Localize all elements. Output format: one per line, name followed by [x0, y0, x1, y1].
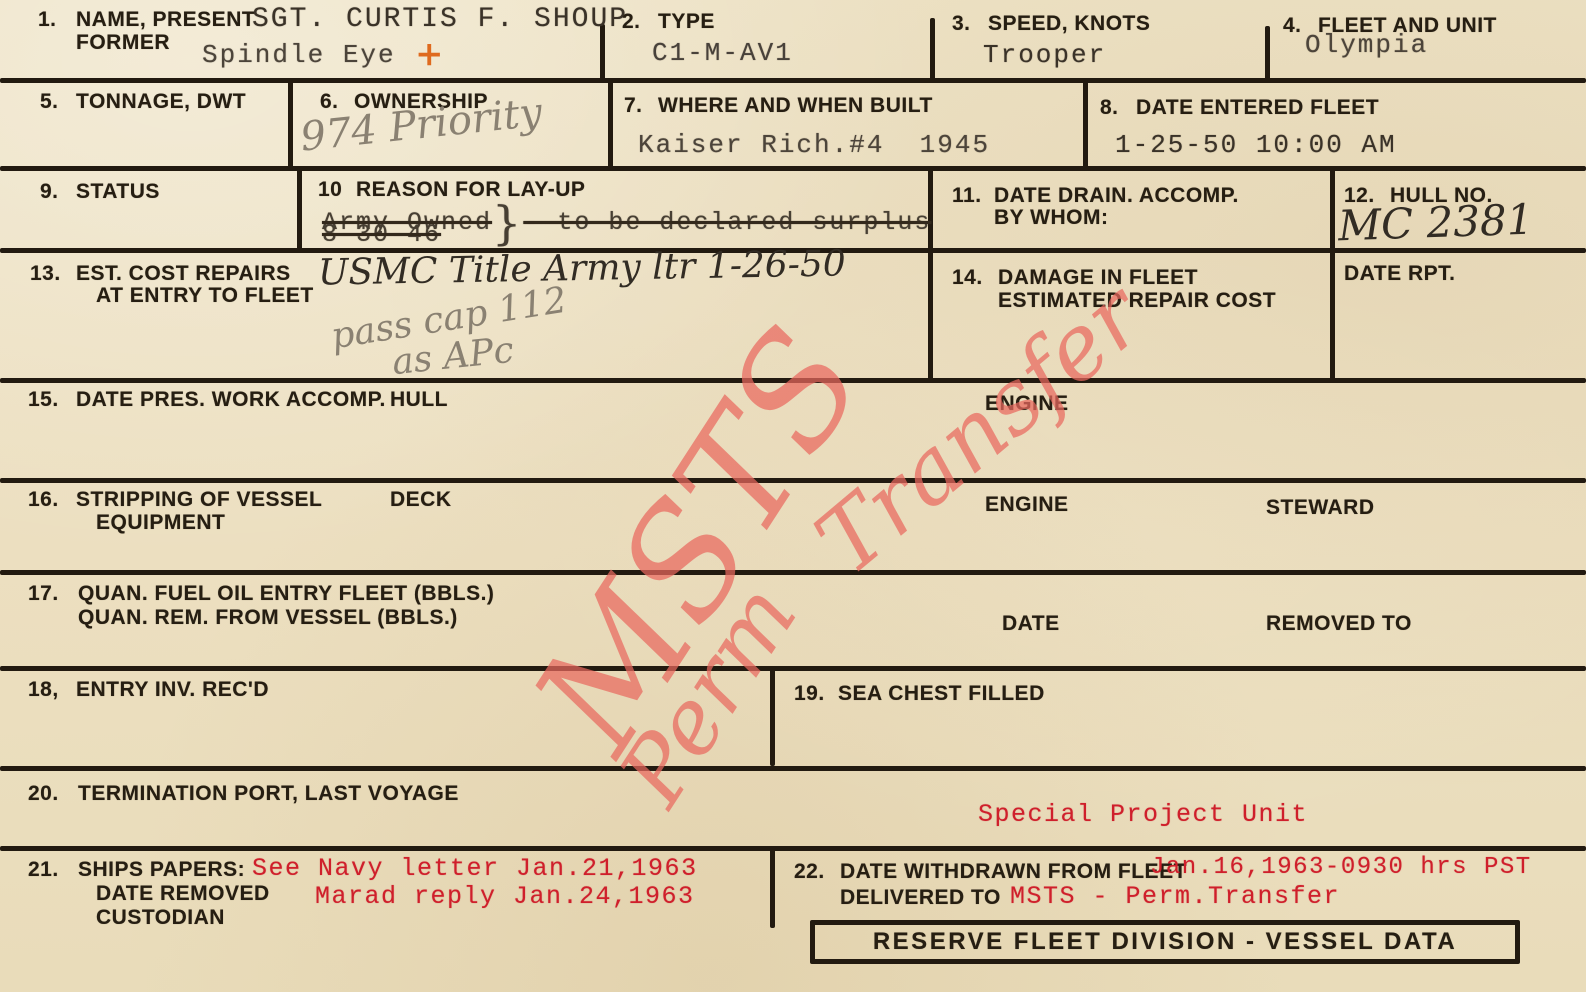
field-1-label: NAME, PRESENT	[76, 8, 255, 32]
field-1-value: SGT. CURTIS F. SHOUP	[252, 4, 628, 35]
field-10-struck-text-1b: - to be declared surplus	[523, 208, 931, 237]
field-7-label: WHERE AND WHEN BUILT	[658, 94, 933, 118]
field-17-col-removed-to: REMOVED TO	[1266, 612, 1412, 636]
rule-h6	[0, 570, 1586, 575]
rule-v3a	[297, 166, 302, 250]
rule-h9	[0, 846, 1586, 851]
field-15-col-hull: HULL	[390, 388, 448, 412]
field-21-label: SHIPS PAPERS:	[78, 858, 245, 882]
field-13-label: EST. COST REPAIRS	[76, 262, 291, 286]
field-18-number: 18,	[28, 678, 59, 702]
field-20-number: 20.	[28, 782, 59, 806]
field-5-label: TONNAGE, DWT	[76, 90, 246, 114]
field-12-hull-number-handwriting: MC 2381	[1337, 195, 1534, 251]
rule-h7	[0, 666, 1586, 671]
field-19-label: SEA CHEST FILLED	[838, 682, 1045, 706]
field-16-col-steward: STEWARD	[1266, 496, 1375, 520]
field-16-col-deck: DECK	[390, 488, 452, 512]
field-7-value: Kaiser Rich.#4 1945	[638, 130, 990, 160]
rule-h2	[0, 166, 1586, 171]
field-17-label-2: QUAN. REM. FROM VESSEL (BBLS.)	[78, 606, 458, 630]
field-9-label: STATUS	[76, 180, 160, 204]
field-4-value: Olympia	[1305, 30, 1428, 60]
field-22-number: 22.	[794, 860, 825, 884]
field-8-label: DATE ENTERED FLEET	[1136, 96, 1379, 120]
field-4-number: 4.	[1283, 14, 1302, 38]
rule-h1	[0, 78, 1586, 83]
reserve-fleet-division-stamp-text: RESERVE FLEET DIVISION - VESSEL DATA	[873, 928, 1457, 956]
field-15-label: DATE PRES. WORK ACCOMP.	[76, 388, 386, 412]
field-16-label: STRIPPING OF VESSEL	[76, 488, 322, 512]
field-13-number: 13.	[30, 262, 61, 286]
rule-v1b	[930, 18, 935, 80]
field-21-value-1: See Navy letter Jan.21,1963	[252, 854, 698, 883]
rule-v2a	[288, 78, 293, 168]
field-10-struck-text-2: 8-30-46	[322, 220, 441, 249]
field-8-value: 1-25-50 10:00 AM	[1115, 130, 1397, 160]
field-11-label-2: BY WHOM:	[994, 206, 1108, 230]
field-20-label: TERMINATION PORT, LAST VOYAGE	[78, 782, 459, 806]
field-14-number: 14.	[952, 266, 983, 290]
field-2-value: C1-M-AV1	[652, 38, 793, 68]
field-1-former-value: Spindle Eye	[202, 40, 396, 70]
field-22-value-2: MSTS - Perm.Transfer	[1010, 882, 1340, 911]
field-16-col-engine: ENGINE	[985, 493, 1069, 517]
rule-h8	[0, 766, 1586, 771]
check-mark: +	[415, 34, 444, 74]
field-12-date-rpt-label: DATE RPT.	[1344, 262, 1455, 286]
field-3-label: SPEED, KNOTS	[988, 12, 1150, 36]
field-16-label-2: EQUIPMENT	[96, 511, 225, 535]
field-8-number: 8.	[1100, 96, 1119, 120]
field-13-handwriting-1: USMC Title Army ltr 1-26-50	[318, 243, 846, 293]
field-1-number: 1.	[38, 8, 57, 32]
field-20-special-project-stamp: Special Project Unit	[978, 800, 1308, 829]
field-22-label: DATE WITHDRAWN FROM FLEET	[840, 860, 1187, 884]
field-2-label: TYPE	[658, 10, 715, 34]
rule-v2c	[1083, 78, 1088, 168]
field-1-former-label: FORMER	[76, 31, 170, 55]
field-17-label: QUAN. FUEL OIL ENTRY FLEET (BBLS.)	[78, 582, 494, 606]
field-10-brace: }	[492, 196, 523, 250]
field-7-number: 7.	[624, 94, 643, 118]
field-17-number: 17.	[28, 582, 59, 606]
field-11-label: DATE DRAIN. ACCOMP.	[994, 184, 1239, 208]
field-15-number: 15.	[28, 388, 59, 412]
field-2-number: 2.	[622, 10, 641, 34]
vessel-data-card: 1. NAME, PRESENT SGT. CURTIS F. SHOUP FO…	[0, 0, 1586, 992]
field-3-number: 3.	[952, 12, 971, 36]
field-21-label-2: DATE REMOVED	[96, 882, 270, 906]
rule-v1c	[1265, 26, 1270, 80]
field-19-number: 19.	[794, 682, 825, 706]
field-3-value: Trooper	[983, 40, 1106, 70]
field-22-label-2: DELIVERED TO	[840, 886, 1001, 910]
field-5-number: 5.	[40, 90, 59, 114]
rule-v2b	[608, 78, 613, 168]
rule-v10	[770, 846, 775, 928]
field-17-col-date: DATE	[1002, 612, 1060, 636]
field-18-label: ENTRY INV. REC'D	[76, 678, 269, 702]
reserve-fleet-division-stamp-box: RESERVE FLEET DIVISION - VESSEL DATA	[810, 920, 1520, 964]
field-21-number: 21.	[28, 858, 59, 882]
field-22-value-1: Jan.16,1963-0930 hrs PST	[1150, 854, 1532, 881]
field-9-number: 9.	[40, 180, 59, 204]
field-16-number: 16.	[28, 488, 59, 512]
field-13-label-2: AT ENTRY TO FLEET	[96, 284, 314, 308]
field-21-value-2: Marad reply Jan.24,1963	[315, 882, 695, 911]
field-11-number: 11.	[952, 184, 982, 208]
rule-v3c	[1330, 166, 1335, 380]
field-21-label-3: CUSTODIAN	[96, 906, 225, 930]
